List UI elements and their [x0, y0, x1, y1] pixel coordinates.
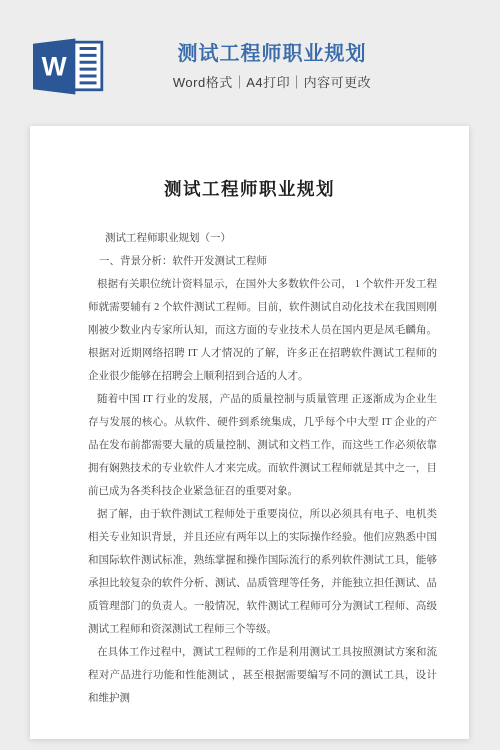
header-text-block: 测试工程师职业规划 Word格式｜A4打印｜内容可更改 — [44, 42, 500, 91]
doc-paragraph: 在具体工作过程中，测试工程师的工作是利用测试工具按照测试方案和流程对产品进行功能… — [88, 641, 437, 710]
template-header: W 测试工程师职业规划 Word格式｜A4打印｜内容可更改 — [0, 0, 500, 126]
doc-paragraph: 测试工程师职业规划（一） — [88, 227, 437, 250]
template-title: 测试工程师职业规划 — [44, 42, 500, 66]
document-body: 测试工程师职业规划（一）一、背景分析：软件开发测试工程师根据有关职位统计资料显示… — [88, 227, 437, 710]
doc-paragraph: 随着中国 IT 行业的发展，产品的质量控制与质量管理 正逐渐成为企业生存与发展的… — [88, 388, 437, 503]
doc-paragraph: 一、背景分析：软件开发测试工程师 — [88, 250, 437, 273]
document-preview-page: 测试工程师职业规划 测试工程师职业规划（一）一、背景分析：软件开发测试工程师根据… — [30, 126, 469, 739]
template-format-info: Word格式｜A4打印｜内容可更改 — [44, 75, 500, 91]
document-title: 测试工程师职业规划 — [30, 176, 469, 202]
doc-paragraph: 根据有关职位统计资料显示，在国外大多数软件公司， 1 个软件开发工程师就需要辅有… — [88, 273, 437, 388]
doc-paragraph: 据了解，由于软件测试工程师处于重要岗位，所以必须具有电子、电机类相关专业知识背景… — [88, 503, 437, 641]
